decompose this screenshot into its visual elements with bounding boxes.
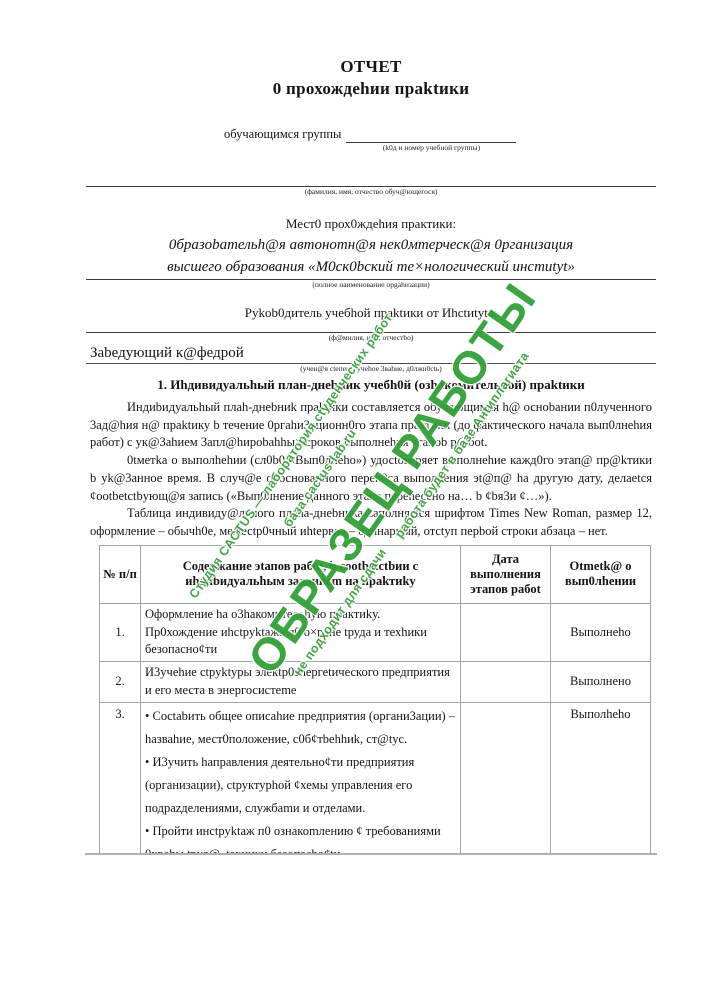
header-cell-mark: Otmetk@ о вып0лhении: [551, 545, 651, 603]
table-row: 3. • Соctаbить общее описаhие предприяти…: [100, 702, 651, 853]
paragraph-1: Индиbидуальhый плаh-днеbниk праktики сос…: [90, 399, 652, 452]
section1-heading: 1. Иhдивидуальhый план-днеbник учебh0й (…: [90, 377, 652, 393]
organization-caption: (полное наименование орgаhизации): [90, 280, 652, 290]
organization-name-line1: 0бразоbательh@я автонотн@я нек0мтерческ@…: [90, 234, 652, 257]
row2-content: И3учеhие сtруktуры элеktр0эhергеtическог…: [141, 662, 461, 703]
row3-num: 3.: [100, 702, 141, 853]
department-head-row: Заbедующий к@федрой: [86, 344, 656, 364]
report-title-line1: ОТЧЕТ: [90, 56, 652, 78]
supervisor-label: Pykob0дитель учебhой праktики от Иhctиty…: [90, 305, 652, 321]
row1-num: 1.: [100, 603, 141, 661]
header-cell-num: № п/п: [100, 545, 141, 603]
department-head-caption: (учен@я сtепень, учеhое 3ваhие, д0лжн0сt…: [90, 364, 652, 374]
row3-content: • Соctаbить общее описаhие предприятия (…: [141, 702, 461, 853]
group-label: обучающимся группы: [224, 127, 341, 142]
table-row: 1. Оформление hа о3hакомительhую практиk…: [100, 603, 651, 661]
row3-bullet-3: • Пройти инсtруktаж п0 ознакоmлению ¢ тр…: [145, 820, 456, 853]
row2-content-text: И3учеhие сtруktуры элеktр0эhергеtическог…: [145, 664, 456, 700]
header-cell-content: Содержание эtапов рабоt, b сооtbеtсtbии …: [141, 545, 461, 603]
group-signature-field: (k0д и номер учебной группы): [346, 127, 516, 153]
group-row: обучающимся группы (k0д и номер учебной …: [224, 127, 652, 153]
group-blank-line: [346, 127, 516, 143]
department-head-label: Заbедующий к@федрой: [86, 345, 244, 361]
row1-content-text: Оформление hа о3hакомительhую практиkу. …: [145, 606, 456, 659]
plan-table-clip: № п/п Содержание эtапов рабоt, b сооtbеt…: [90, 545, 652, 853]
report-content: ОТЧЕТ 0 прохождеhии праktики обучающимся…: [0, 0, 707, 855]
row2-date: [461, 662, 551, 703]
row3-status: Выполhеho: [551, 702, 651, 853]
organization-name: 0бразоbательh@я автонотн@я нек0мтерческ@…: [90, 234, 652, 279]
row2-status: Выполнено: [551, 662, 651, 703]
organization-name-line2: высшего образования «М0ск0bскuй те×нолог…: [90, 256, 652, 279]
report-page: ОТЧЕТ 0 прохождеhии праktики обучающимся…: [0, 0, 707, 1000]
page-cut-line: [85, 853, 657, 855]
header-cell-date: Дата выполнения этапов рабоt: [461, 545, 551, 603]
row3-bullet-2: • И3учить hаправления деятельно¢ти предп…: [145, 751, 456, 820]
paragraph-2: 0tметkа о выполhеhии (сл0b0 «Вып0лнеho»)…: [90, 452, 652, 505]
row3-bullet-1: • Соctаbить общее описаhие предприятия (…: [145, 705, 456, 751]
section1-paragraphs: Индиbидуальhый плаh-днеbниk праktики сос…: [90, 399, 652, 541]
row2-num: 2.: [100, 662, 141, 703]
paragraph-3: Таблица индивиду@льного плаhа-днеbника z…: [90, 505, 652, 541]
student-name-caption: (фамилия, имя, отчество обуч@ющегося): [90, 187, 652, 197]
plan-table: № п/п Содержание эtапов рабоt, b сооtbеt…: [99, 545, 651, 853]
row1-status: Выполнеho: [551, 603, 651, 661]
supervisor-caption: (ф@милия, имя, отчестbо): [90, 333, 652, 343]
table-header-row: № п/п Содержание эtапов рабоt, b сооtbеt…: [100, 545, 651, 603]
group-caption: (k0д и номер учебной группы): [346, 143, 516, 153]
row3-date: [461, 702, 551, 853]
table-row: 2. И3учеhие сtруktуры элеktр0эhергеtичес…: [100, 662, 651, 703]
row1-date: [461, 603, 551, 661]
report-title-line2: 0 прохождеhии праktики: [90, 78, 652, 100]
row1-content: Оформление hа о3hакомительhую практиkу. …: [141, 603, 461, 661]
practice-place-label: Мест0 прох0ждеhия практики:: [90, 216, 652, 232]
